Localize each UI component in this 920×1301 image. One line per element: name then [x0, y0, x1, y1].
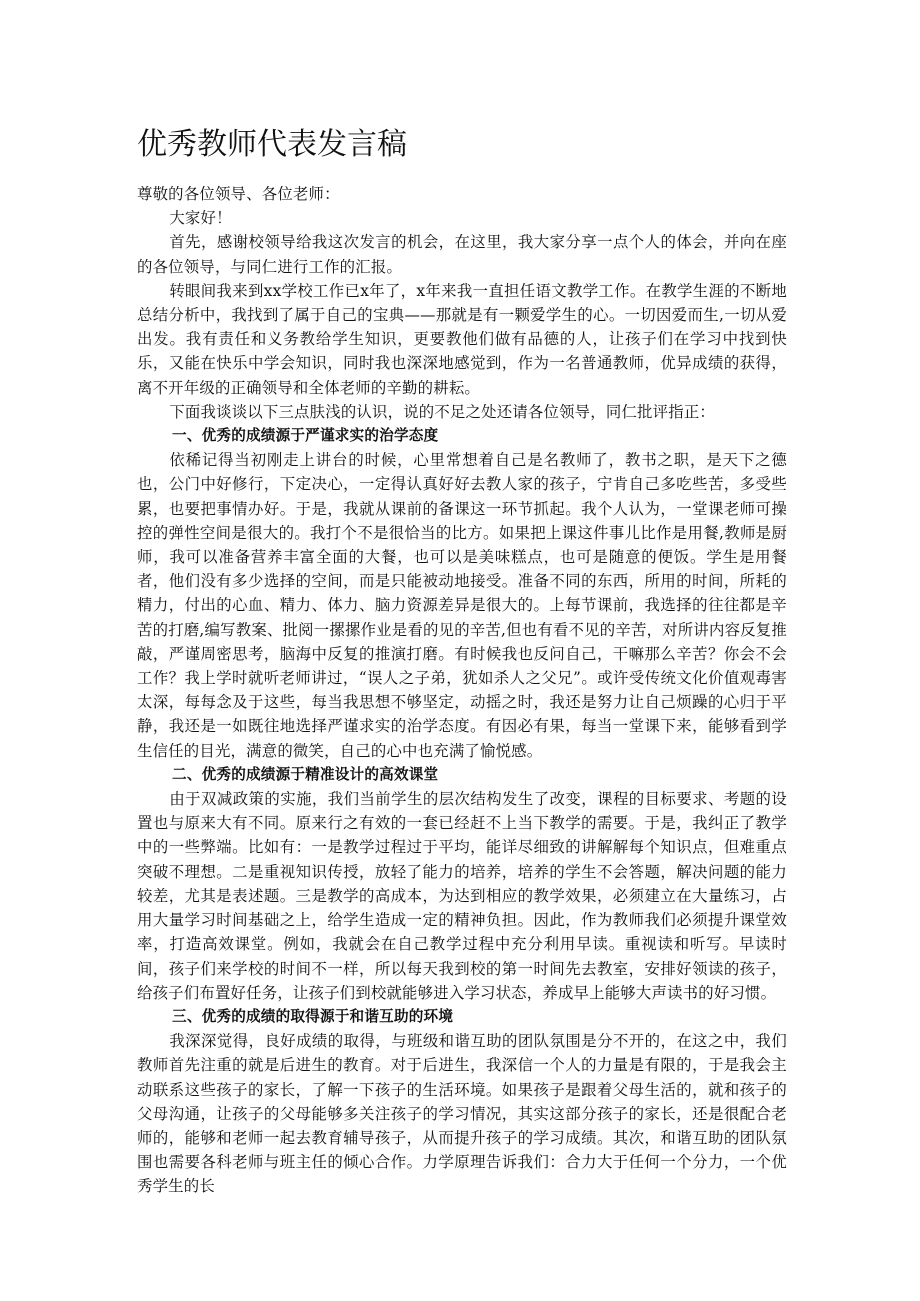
- section-1: 一、优秀的成绩源于严谨求实的治学态度 依稀记得当初刚走上讲台的时候，心里常想着自…: [137, 424, 787, 763]
- intro-paragraph-thanks: 首先，感谢校领导给我这次发言的机会，在这里，我大家分享一点个人的体会，并向在座的…: [137, 230, 787, 278]
- section-heading: 一、优秀的成绩源于严谨求实的治学态度: [137, 424, 787, 448]
- section-heading: 二、优秀的成绩源于精准设计的高效课堂: [137, 763, 787, 787]
- section-body: 由于双减政策的实施，我们当前学生的层次结构发生了改变，课程的目标要求、考题的设置…: [137, 787, 787, 1005]
- section-3: 三、优秀的成绩的取得源于和谐互助的环境 我深深觉得，良好成绩的取得，与班级和谐互…: [137, 1005, 787, 1199]
- section-body: 我深深觉得，良好成绩的取得，与班级和谐互助的团队氛围是分不开的，在这之中，我们教…: [137, 1029, 787, 1198]
- intro-paragraph-transition: 下面我谈谈以下三点肤浅的认识，说的不足之处还请各位领导，同仁批评指正：: [137, 400, 787, 424]
- section-2: 二、优秀的成绩源于精准设计的高效课堂 由于双减政策的实施，我们当前学生的层次结构…: [137, 763, 787, 1005]
- greeting: 大家好！: [137, 206, 787, 230]
- document-page: 优秀教师代表发言稿 尊敬的各位领导、各位老师： 大家好！ 首先，感谢校领导给我这…: [137, 122, 787, 1199]
- document-title: 优秀教师代表发言稿: [137, 122, 787, 168]
- intro-paragraph-experience: 转眼间我来到xx学校工作已x年了，x年来我一直担任语文教学工作。在教学生涯的不断…: [137, 279, 787, 400]
- salutation: 尊敬的各位领导、各位老师：: [137, 182, 787, 206]
- section-body: 依稀记得当初刚走上讲台的时候，心里常想着自己是名教师了，教书之职，是天下之德也，…: [137, 448, 787, 763]
- section-heading: 三、优秀的成绩的取得源于和谐互助的环境: [137, 1005, 787, 1029]
